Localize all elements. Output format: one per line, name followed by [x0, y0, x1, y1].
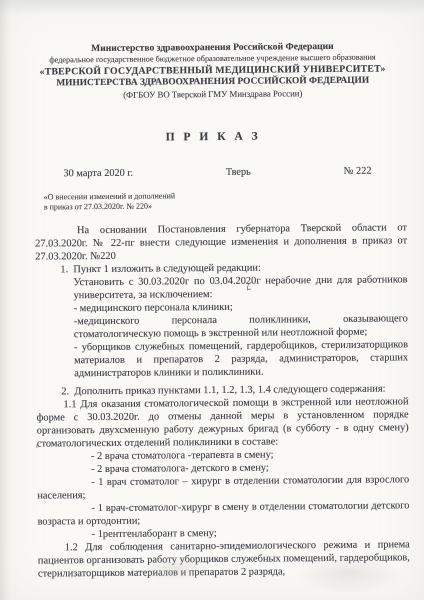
- subitem-1-2-paragraph: 1.2 Для соблюдения санитарно-эпидемиолог…: [38, 538, 410, 580]
- staff-bullet-4: - 1 врач-стоматолог-хирург в смену в отд…: [37, 499, 409, 528]
- item-1-bullet-2: -медицинского персонала поликлиники, ока…: [74, 312, 408, 341]
- letterhead: Министерство здравоохранения Российской …: [0, 0, 424, 101]
- subitem-1-1-paragraph: 1.1 Для оказания стоматологической помощ…: [36, 395, 408, 450]
- order-item-1: 1. Пункт 1 изложить в следующей редакции…: [73, 260, 408, 380]
- order-subject: «О внесении изменений и дополнений в при…: [44, 189, 424, 212]
- pen-mark: [243, 281, 255, 292]
- subject-line-2: в приказ от 27.03.2020г. № 220»: [44, 199, 424, 212]
- order-title: П Р И К А З: [1, 129, 424, 145]
- item-1-bullet-3: - уборщиков служебных помещений, гардеро…: [74, 338, 408, 380]
- order-body: На основании Постановления губернатора Т…: [35, 221, 410, 580]
- order-meta-row: 30 марта 2020 г. Тверь № 222: [1, 165, 424, 180]
- document-content: Министерство здравоохранения Российской …: [0, 0, 424, 581]
- preamble-paragraph: На основании Постановления губернатора Т…: [35, 221, 407, 263]
- order-date: 30 марта 2020 г.: [63, 168, 133, 180]
- item-1-paragraph: Установить с 30.03.2020г по 03.04.2020г …: [73, 273, 407, 302]
- item-2-number: 2.: [61, 385, 69, 398]
- staff-bullet-3: - 1 врач стоматолог – хирург в отделении…: [37, 473, 409, 502]
- scanned-order-document: Министерство здравоохранения Российской …: [0, 0, 424, 600]
- order-city: Тверь: [226, 167, 251, 178]
- scan-speck: [218, 136, 220, 138]
- order-number: № 222: [344, 166, 372, 177]
- item-1-number: 1.: [60, 263, 68, 276]
